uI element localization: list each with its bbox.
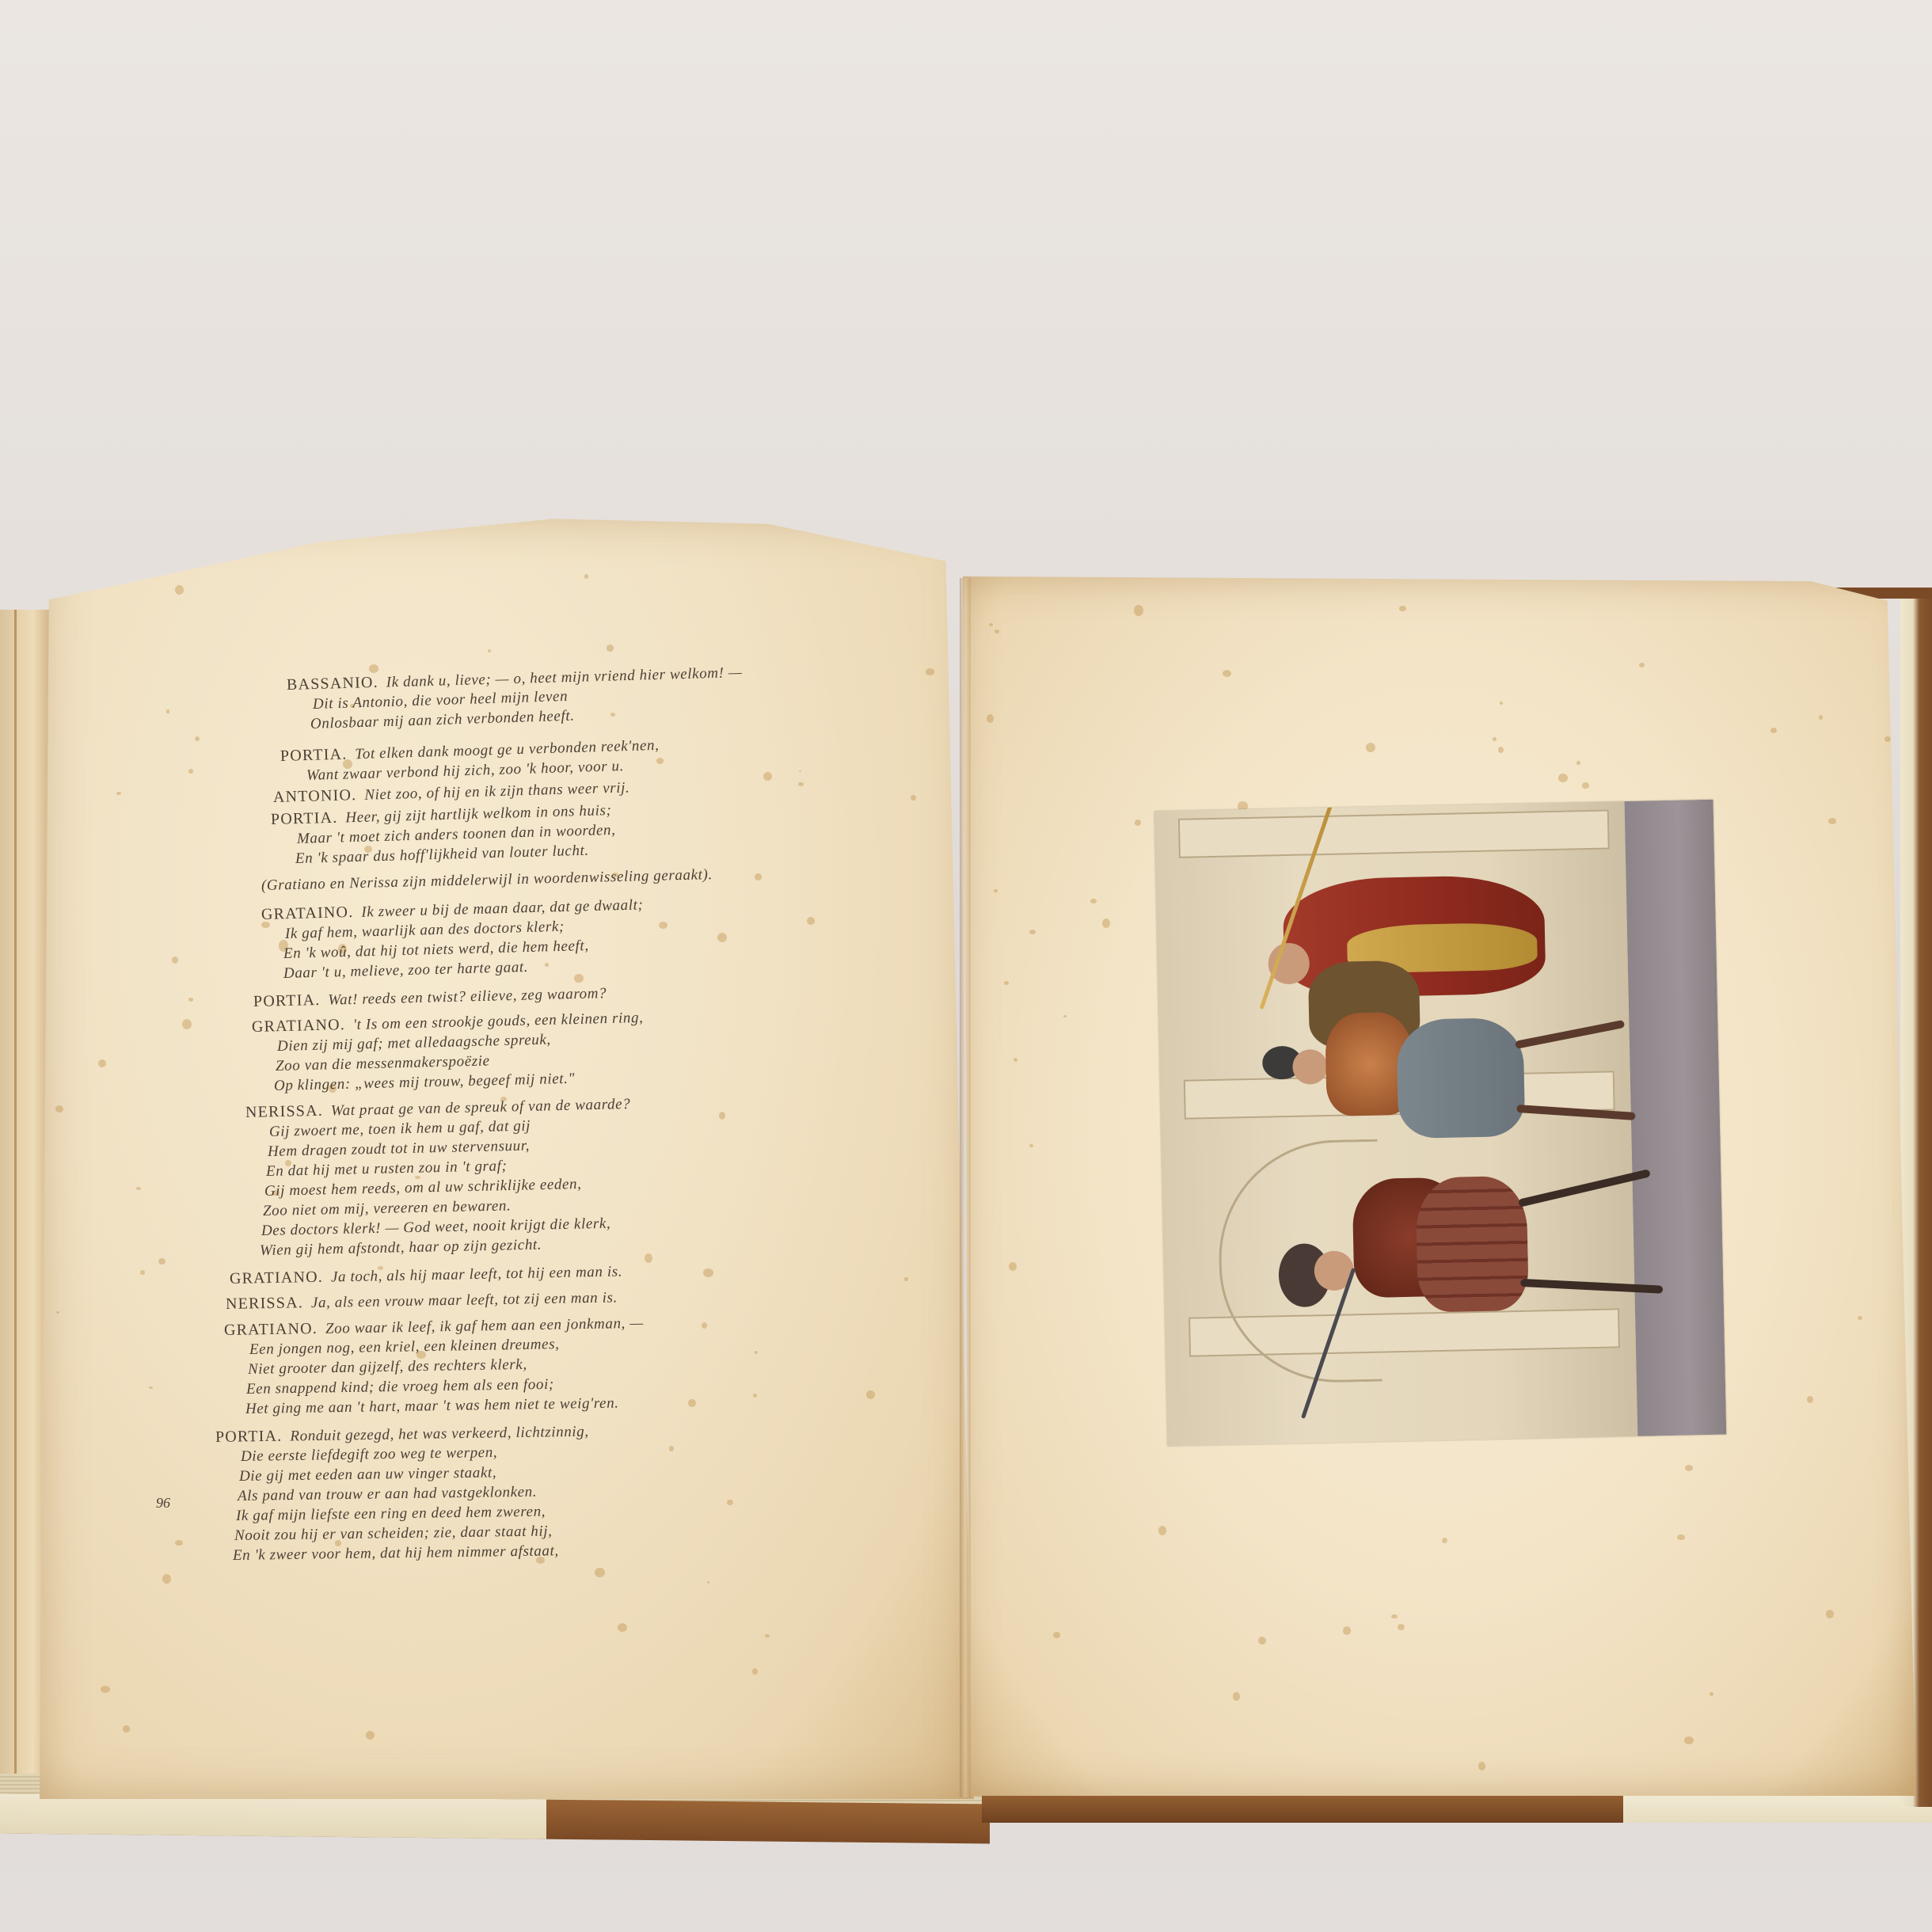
foxing-spot	[669, 1446, 674, 1451]
foxing-spot	[136, 1187, 140, 1190]
foxing-spot	[904, 1277, 907, 1281]
speaker-name: PORTIA.	[280, 746, 348, 765]
foxing-spot	[866, 1390, 876, 1399]
foxing-spot	[607, 645, 614, 651]
foxing-spot	[55, 1105, 63, 1112]
foxing-spot	[688, 1399, 696, 1408]
foxing-spot	[1090, 899, 1097, 903]
foxing-spot	[1053, 1632, 1060, 1638]
foxing-spot	[656, 758, 664, 764]
foxing-spot	[1391, 1614, 1397, 1619]
foxing-spot	[807, 917, 815, 925]
foxing-spot	[1063, 1015, 1067, 1017]
foxing-spot	[1258, 1637, 1266, 1645]
speaker-name: GRATAINO.	[261, 903, 354, 923]
foxing-spot	[1819, 715, 1823, 720]
foxing-spot	[98, 1059, 106, 1067]
speaker-name: BASSANIO.	[287, 674, 378, 694]
cover-cloth-left	[0, 1793, 546, 1839]
foxing-spot	[1478, 1762, 1485, 1770]
foxing-spot	[1684, 1736, 1694, 1744]
foxing-spot	[989, 623, 993, 626]
foxing-spot	[798, 782, 803, 787]
foxing-spot	[1223, 670, 1231, 677]
foxing-spot	[1029, 930, 1036, 934]
foxing-spot	[369, 664, 378, 672]
foxing-spot	[1828, 818, 1837, 824]
foxing-spot	[911, 795, 916, 801]
foxing-spot	[755, 873, 762, 880]
speaker-name: GRATIANO.	[224, 1320, 318, 1339]
speaker-name: NERISSA.	[245, 1102, 323, 1121]
foxing-spot	[1134, 605, 1143, 616]
foxing-spot	[1639, 663, 1645, 667]
foxing-spot	[1442, 1538, 1447, 1543]
foxing-spot	[123, 1725, 130, 1732]
line-text: En 'k zweer voor hem, dat hij hem nimmer…	[233, 1542, 559, 1564]
foxing-spot	[1558, 774, 1568, 783]
foxing-spot	[1582, 782, 1590, 789]
foxing-spot	[703, 1268, 713, 1277]
cover-cloth-right	[1623, 1791, 1932, 1823]
foxing-spot	[755, 1351, 758, 1354]
foxing-spot	[188, 769, 193, 773]
illustration-plate	[1154, 800, 1727, 1447]
cover-bottom-right	[982, 1791, 1932, 1823]
foxing-spot	[1576, 761, 1580, 765]
foxing-spot	[595, 1568, 605, 1576]
foxing-spot	[926, 668, 934, 675]
photo-scene: BASSANIO.Ik dank u, lieve; — o, heet mij…	[0, 0, 1932, 1932]
line-text: Ronduit gezegd, het was verkeerd, lichtz…	[290, 1424, 589, 1445]
foxing-spot	[175, 585, 183, 595]
speaker-name: PORTIA.	[271, 809, 338, 828]
foxing-spot	[1884, 736, 1891, 742]
foxing-spot	[188, 998, 193, 1002]
foxing-spot	[1710, 1692, 1713, 1695]
line-text: Als pand van trouw er aan had vastgeklon…	[238, 1484, 537, 1504]
foxing-spot	[1685, 1465, 1693, 1471]
foxing-spot	[1233, 1692, 1240, 1701]
line-text: Nooit zou hij er van scheiden; zie, daar…	[234, 1523, 553, 1544]
foxing-spot	[545, 963, 549, 967]
speaker-name: NERISSA.	[226, 1294, 303, 1313]
foxing-spot	[488, 649, 491, 652]
speaker-name: GRATIANO.	[230, 1268, 323, 1287]
verse-line: Die gij met eeden aan uw vinger staakt,	[239, 1464, 497, 1485]
foxing-spot	[1770, 728, 1777, 733]
foxing-spot	[995, 629, 998, 633]
foxing-spot	[172, 956, 178, 964]
foxing-spot	[182, 1019, 192, 1029]
line-text: Die gij met eeden aan uw vinger staakt,	[239, 1464, 496, 1485]
foxing-spot	[162, 1574, 171, 1584]
speaker-name: PORTIA.	[215, 1428, 283, 1446]
line-text: Ik gaf mijn liefste een ring en deed hem…	[236, 1504, 546, 1524]
book-gutter	[960, 578, 971, 1797]
page-number: 96	[156, 1495, 170, 1512]
foxing-spot	[994, 889, 997, 892]
illustration-floor	[1625, 800, 1727, 1436]
figure-grey-tunic	[1396, 1017, 1525, 1139]
foxing-spot	[1366, 743, 1375, 752]
speaker-name: PORTIA.	[253, 991, 321, 1010]
foxing-spot	[116, 792, 121, 795]
foxing-spot	[1009, 1262, 1017, 1271]
figure-pleated-skirt	[1415, 1176, 1529, 1313]
speaker-name: ANTONIO.	[273, 786, 357, 806]
foxing-spot	[659, 922, 667, 930]
speaker-name: GRATIANO.	[252, 1016, 346, 1036]
foxing-spot	[1398, 1624, 1405, 1630]
foxing-spot	[1135, 820, 1141, 825]
foxing-spot	[1014, 1058, 1017, 1062]
foxing-spot	[763, 772, 772, 781]
line-text: Die eerste liefdegift zoo weg te werpen,	[241, 1444, 498, 1465]
foxing-spot	[175, 1540, 183, 1546]
